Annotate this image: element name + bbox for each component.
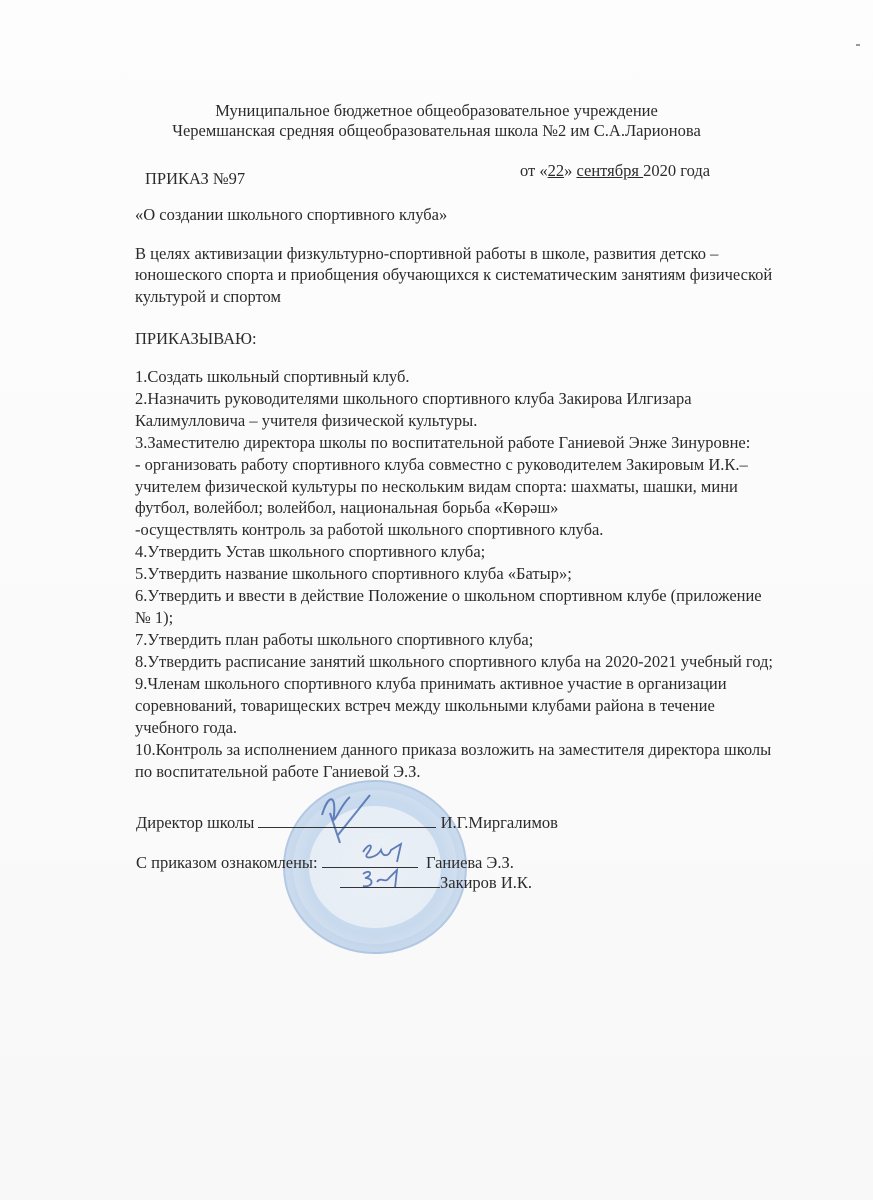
item-line: 6.Утвердить и ввести в действие Положени…: [135, 585, 762, 607]
director-name: И.Г.Миргалимов: [441, 813, 558, 832]
item-line: футбол, волейбол; волейбол, национальная…: [135, 497, 558, 519]
preamble-line: юношеского спорта и приобщения обучающих…: [135, 264, 772, 286]
item-line: 3.Заместителю директора школы по воспита…: [135, 432, 750, 454]
date-day: 22: [548, 161, 565, 180]
item-line: 2.Назначить руководителями школьного спо…: [135, 388, 692, 410]
institution-line-1: Муниципальное бюджетное общеобразователь…: [0, 100, 873, 122]
item-line: Калимулловича – учителя физической культ…: [135, 410, 477, 432]
director-signature-row: Директор школы И.Г.Миргалимов: [136, 812, 558, 834]
director-signature-line: [258, 827, 436, 828]
date-year: 2020 года: [643, 161, 710, 180]
decree-word: ПРИКАЗЫВАЮ:: [135, 328, 257, 350]
item-line: 1.Создать школьный спортивный клуб.: [135, 366, 410, 388]
zakirov-name: Закиров И.К.: [440, 873, 532, 892]
item-line: учителем физической культуры по нескольк…: [135, 476, 738, 498]
zakirov-signature-line: [340, 887, 440, 888]
director-label: Директор школы: [136, 813, 254, 832]
ganieva-name: Ганиева Э.З.: [426, 853, 514, 872]
item-line: 9.Членам школьного спортивного клуба при…: [135, 673, 727, 695]
scan-speck: [856, 44, 860, 46]
item-line: № 1);: [135, 607, 173, 629]
date-month: сентября: [577, 161, 644, 180]
item-line: 4.Утвердить Устав школьного спортивного …: [135, 541, 485, 563]
item-line: 10.Контроль за исполнением данного прика…: [135, 739, 771, 761]
preamble-line: В целях активизации физкультурно-спортив…: [135, 243, 718, 265]
item-line: - организовать работу спортивного клуба …: [135, 454, 748, 476]
order-title: ПРИКАЗ №97: [145, 168, 245, 190]
institution-line-2: Черемшанская средняя общеобразовательная…: [0, 120, 873, 142]
date-prefix: от «: [520, 161, 548, 180]
ganieva-signature-line: [322, 867, 418, 868]
item-line: 8.Утвердить расписание занятий школьного…: [135, 651, 773, 673]
item-line: -осуществлять контроль за работой школьн…: [135, 519, 603, 541]
acquainted-row: С приказом ознакомлены: Ганиева Э.З.: [136, 852, 514, 874]
item-line: 7.Утвердить план работы школьного спорти…: [135, 629, 533, 651]
acquainted-label: С приказом ознакомлены:: [136, 853, 318, 872]
date-mid: »: [564, 161, 576, 180]
document-page: Муниципальное бюджетное общеобразователь…: [0, 0, 873, 1200]
order-subject: «О создании школьного спортивного клуба»: [135, 204, 447, 226]
item-line: соревнований, товарищеских встреч между …: [135, 695, 715, 717]
zakirov-row: Закиров И.К.: [340, 872, 532, 894]
item-line: 5.Утвердить название школьного спортивно…: [135, 563, 572, 585]
order-date: от «22» сентября 2020 года: [520, 160, 710, 182]
preamble-line: культурой и спортом: [135, 286, 281, 308]
item-line: учебного года.: [135, 717, 237, 739]
